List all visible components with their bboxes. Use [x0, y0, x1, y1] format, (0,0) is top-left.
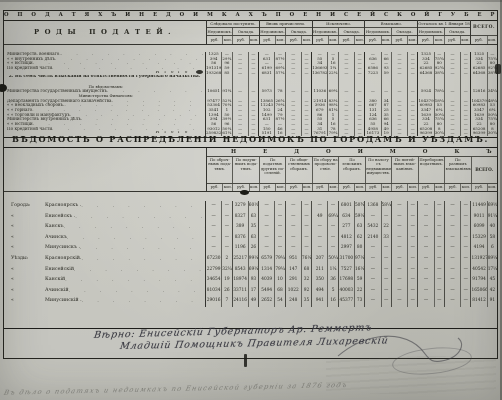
row-label: «Канскъ: [4, 222, 206, 233]
value-cell: 81034: [206, 286, 222, 297]
value-cell: —: [275, 222, 285, 233]
unit-label: руб.: [392, 36, 408, 44]
column-subheader: Недоимокъ.: [365, 28, 391, 35]
column-subheader: По податямъ другихъ по­селеній.: [260, 157, 286, 183]
value-cell: 634: [339, 212, 355, 223]
value-cell: 16¼: [355, 265, 365, 276]
row-values: ——327960½——————680150¾136858¼——————11449…: [206, 201, 497, 212]
value-cell: —: [392, 212, 408, 223]
value-cell: [471, 75, 487, 85]
value-cell: 29016: [206, 296, 222, 307]
table-row: «Енисейскъ .——832763————4969¼63459¼—————…: [4, 212, 497, 223]
value-cell: —: [445, 212, 461, 223]
unit-label: руб.: [207, 184, 223, 191]
table-taxes-stub-header: РОДЫ ПОДАТЕЙ.: [4, 20, 207, 44]
table-distribution-body: Города:Красноярскъ .——327960½——————68015…: [4, 192, 497, 307]
table-row: «Канскій34654191897493403910291323503617…: [4, 275, 497, 286]
unit-label: коп.: [329, 36, 339, 44]
value-cell: —: [392, 233, 408, 244]
value-cell: —: [408, 233, 418, 244]
value-cell: —: [445, 286, 461, 297]
value-cell: 2997: [339, 243, 355, 254]
value-cell: 40542: [471, 265, 487, 276]
column-group-label: Слѣдовало поступить.: [207, 20, 259, 28]
value-cell: —: [461, 265, 471, 276]
scan-edge-top: [0, 0, 502, 2]
value-cell: —: [259, 243, 275, 254]
value-cell: 26: [249, 243, 259, 254]
value-cell: 26: [222, 286, 232, 297]
value-cell: —: [275, 212, 285, 223]
value-cell: 350: [312, 275, 328, 286]
row-label: «Енисейскъ .: [4, 212, 206, 223]
value-cell: 22: [382, 222, 392, 233]
value-cell: [461, 75, 471, 85]
value-cell: [408, 75, 418, 85]
value-cell: 1314: [259, 265, 275, 276]
value-cell: 4039: [259, 275, 275, 286]
table-row: «Енисейскій2279932¼854369¼131479¼1476821…: [4, 265, 497, 276]
value-cell: —: [392, 265, 408, 276]
column-subheader: Оклада.: [233, 28, 258, 35]
value-cell: [312, 75, 328, 85]
table-taxes-body: Министерств. военнаго.1325——————————————…: [4, 45, 497, 136]
value-cell: 6099: [471, 222, 487, 233]
value-cell: 9011: [471, 212, 487, 223]
value-cell: —: [275, 233, 285, 244]
value-cell: 2140: [365, 233, 381, 244]
row-label: «Ачинскій: [4, 286, 206, 297]
value-cell: 79¼: [275, 254, 285, 265]
value-cell: —: [302, 222, 312, 233]
table-row: «Канскъ——38935——————27763543222——————609…: [4, 222, 497, 233]
unit-label: руб.: [313, 184, 329, 191]
unit-label: коп.: [355, 36, 364, 44]
value-cell: [355, 75, 365, 85]
value-cell: 49: [249, 296, 259, 307]
row-group-label: «: [11, 243, 45, 254]
value-cell: —: [418, 286, 434, 297]
unit-label: коп.: [329, 184, 339, 191]
column-group-total: ВСЕГО.руб.коп.: [471, 20, 497, 44]
row-label-text: Канскъ: [45, 222, 64, 233]
value-cell: [382, 75, 392, 85]
value-cell: 99¼: [249, 254, 259, 265]
scanned-document-page: О П О Д А Т Я Х Ъ И Н Е Д О И М К А Х Ъ …: [0, 0, 502, 400]
value-cell: —: [259, 201, 275, 212]
column-subheader: По налогу съ недвижимыхъ имуществъ.: [366, 157, 392, 183]
value-cell: 2652: [259, 296, 275, 307]
value-cell: 81412: [471, 296, 487, 307]
value-cell: 42: [488, 286, 497, 297]
value-cell: —: [435, 233, 445, 244]
value-cell: —: [445, 275, 461, 286]
value-cell: —: [392, 243, 408, 254]
value-cell: 93: [249, 275, 259, 286]
column-subheader: Недоимокъ.: [418, 28, 444, 35]
row-group-label: Уѣзды:: [11, 254, 45, 265]
leader-dots: [64, 222, 205, 233]
value-cell: 389: [233, 222, 249, 233]
value-cell: —: [312, 233, 328, 244]
value-cell: —: [312, 201, 328, 212]
table-row: «Ачинскъ——837663——————481262214033——————…: [4, 233, 497, 244]
value-cell: —: [206, 212, 222, 223]
value-cell: —: [222, 222, 232, 233]
value-cell: 33: [382, 233, 392, 244]
value-cell: 79¼: [275, 265, 285, 276]
value-cell: —: [275, 243, 285, 254]
unit-label: коп.: [223, 36, 233, 44]
value-cell: [339, 75, 355, 85]
table-distribution-header: НЕДОИМОКЪ По оброч­нымъ пода­тямъ.По под…: [4, 148, 497, 192]
value-cell: 35: [302, 296, 312, 307]
value-cell: 91: [488, 296, 497, 307]
value-cell: 54: [275, 296, 285, 307]
unit-label: коп.: [250, 184, 260, 191]
row-values: [206, 75, 497, 85]
value-cell: 80: [355, 243, 365, 254]
value-cell: —: [222, 243, 232, 254]
value-cell: 8327: [233, 212, 249, 223]
value-cell: 4812: [339, 233, 355, 244]
column-subheader: Недоимокъ.: [207, 28, 233, 35]
row-group-label: «: [11, 212, 45, 223]
value-cell: —: [392, 254, 408, 265]
value-cell: 17698: [339, 275, 355, 286]
value-cell: 58: [488, 233, 497, 244]
value-cell: 33711: [233, 286, 249, 297]
row-group-label: Города:: [11, 201, 45, 212]
ink-smudge: [240, 190, 249, 195]
ink-smudge: [244, 354, 247, 367]
unit-label: коп.: [223, 184, 233, 191]
value-cell: —: [328, 243, 338, 254]
value-cell: —: [408, 275, 418, 286]
value-cell: 147: [286, 265, 302, 276]
value-cell: —: [461, 212, 471, 223]
unit-label: руб.: [313, 36, 329, 44]
value-cell: —: [302, 233, 312, 244]
unit-label: руб.: [233, 36, 249, 44]
value-cell: —: [206, 243, 222, 254]
column-subheader: Недоимокъ.: [260, 28, 286, 35]
leader-dots: [74, 265, 205, 276]
value-cell: 40003: [339, 286, 355, 297]
row-values: 290167241164926525424835941164537773————…: [206, 296, 497, 307]
unit-label: руб.: [418, 36, 434, 44]
value-cell: —: [382, 212, 392, 223]
row-label-text: Красноярскъ .: [45, 201, 81, 212]
row-group-label: «: [11, 296, 45, 307]
unit-label: коп.: [276, 184, 286, 191]
value-cell: 15329: [471, 233, 487, 244]
table-distribution-units-row: руб.коп.руб.коп.руб.коп.руб.коп.руб.коп.…: [207, 184, 497, 191]
row-label-text: Енисейскій: [45, 265, 74, 276]
table-taxes-column-headers: Слѣдовало поступить.Недоимокъ.Оклада.руб…: [207, 20, 497, 44]
value-cell: 8376: [233, 233, 249, 244]
row-values: 8103426337111754946810229249454000322———…: [206, 286, 497, 297]
unit-label: руб.: [445, 184, 461, 191]
unit-label: коп.: [434, 36, 444, 44]
value-cell: —: [408, 243, 418, 254]
value-cell: —: [408, 296, 418, 307]
value-cell: [275, 75, 285, 85]
row-values: ——38935——————27763543222——————609940: [206, 222, 497, 233]
unit-label: коп.: [382, 36, 392, 44]
ink-smudge: [196, 70, 203, 74]
value-cell: 91¼: [488, 212, 497, 223]
table-row: «Ачинскій8103426337111754946810229249454…: [4, 286, 497, 297]
row-label: «Минусинскій .: [4, 296, 206, 307]
value-cell: [328, 75, 338, 85]
row-label-text: Красноярскій.: [45, 254, 81, 265]
column-group-label: Вновь причислено.: [260, 20, 312, 28]
value-cell: —: [445, 201, 461, 212]
value-cell: —: [312, 222, 328, 233]
value-cell: 34654: [206, 275, 222, 286]
value-cell: 32: [302, 275, 312, 286]
value-cell: 22: [355, 286, 365, 297]
column-subheader: Оклада.: [339, 28, 364, 35]
row-label-text: Енисейскъ .: [45, 212, 75, 223]
value-cell: —: [302, 201, 312, 212]
value-cell: —: [461, 286, 471, 297]
value-cell: 291: [286, 275, 302, 286]
unit-label: коп.: [303, 184, 313, 191]
row-values: ——832763————4969¼63459¼————————901191¼: [206, 212, 497, 223]
value-cell: 45377: [339, 296, 355, 307]
value-cell: —: [206, 222, 222, 233]
value-cell: 131927: [471, 254, 487, 265]
leader-dots: [75, 212, 205, 223]
row-label-text: Ачинскъ: [45, 233, 67, 244]
value-cell: —: [445, 243, 461, 254]
value-cell: 494: [312, 286, 328, 297]
column-subheader: По обще­ственнымъ сборамъ.: [286, 157, 312, 183]
unit-label: коп.: [408, 36, 417, 44]
row-label: 2. Въ семъ числѣ взысканій на отвѣтствен…: [4, 75, 206, 85]
unit-label: коп.: [461, 36, 470, 44]
table-distribution-title: ВѢДОМОСТЬ О РАСПРЕДѢЛЕНІИ НЕДОИМОКЪ ПО Г…: [4, 130, 497, 147]
leader-dots: [81, 201, 205, 212]
value-cell: —: [445, 233, 461, 244]
value-cell: 49: [312, 212, 328, 223]
column-subheader: По подуш­нымъ пода­тямъ.: [233, 157, 259, 183]
row-label-text: Канскій: [45, 275, 65, 286]
value-cell: —: [445, 222, 461, 233]
value-cell: 62: [355, 233, 365, 244]
value-cell: 89¼: [488, 254, 497, 265]
value-cell: [488, 75, 497, 85]
value-cell: —: [392, 286, 408, 297]
value-cell: —: [312, 243, 328, 254]
row-label-text: 2. Въ семъ числѣ взысканій на отвѣтствен…: [9, 75, 201, 85]
value-cell: —: [435, 275, 445, 286]
value-cell: —: [408, 265, 418, 276]
value-cell: 63: [355, 222, 365, 233]
value-cell: 1¼: [328, 265, 338, 276]
value-cell: —: [461, 222, 471, 233]
value-cell: 45: [488, 275, 497, 286]
value-cell: —: [408, 201, 418, 212]
row-label: «Ачинскъ: [4, 233, 206, 244]
value-cell: —: [445, 254, 461, 265]
value-cell: —: [259, 222, 275, 233]
value-cell: 36: [328, 275, 338, 286]
value-cell: [222, 75, 232, 85]
unit-label: коп.: [488, 36, 497, 44]
table-row: Уѣзды:Красноярскій.6723022521799¼657979¼…: [4, 254, 497, 265]
row-values: 3465419189749340391029132350361769859———…: [206, 275, 497, 286]
document-frame: О П О Д А Т Я Х Ъ И Н Е Д О И М К А Х Ъ …: [3, 10, 498, 359]
value-cell: 165066: [471, 286, 487, 297]
value-cell: [392, 75, 408, 85]
value-cell: —: [302, 243, 312, 254]
value-cell: —: [365, 243, 381, 254]
value-cell: —: [461, 233, 471, 244]
value-cell: —: [418, 243, 434, 254]
value-cell: —: [461, 201, 471, 212]
table-row: «Минусинскъ .——119626——————299780———————…: [4, 243, 497, 254]
unit-label: руб.: [286, 36, 302, 44]
unit-label: коп.: [382, 184, 392, 191]
value-cell: —: [286, 243, 302, 254]
row-group-label: «: [11, 275, 45, 286]
row-group-label: «: [11, 222, 45, 233]
value-cell: 63: [249, 212, 259, 223]
column-subheader: ВСЕГО.: [472, 157, 497, 183]
value-cell: 6579: [259, 254, 275, 265]
value-cell: 69¼: [328, 212, 338, 223]
value-cell: —: [382, 286, 392, 297]
unit-label: руб.: [260, 184, 276, 191]
unit-label: коп.: [302, 36, 311, 44]
unit-label: руб.: [445, 36, 461, 44]
unit-label: руб.: [472, 184, 488, 191]
value-cell: —: [365, 275, 381, 286]
value-cell: —: [392, 296, 408, 307]
column-group: Слѣдовало поступить.Недоимокъ.Оклада.руб…: [207, 20, 260, 44]
value-cell: 91794: [471, 275, 487, 286]
value-cell: 951: [286, 254, 302, 265]
value-cell: —: [222, 201, 232, 212]
value-cell: 1022: [286, 286, 302, 297]
table-distribution: НЕДОИМОКЪ По оброч­нымъ пода­тямъ.По под…: [4, 147, 497, 329]
leader-dots: [81, 254, 205, 265]
value-cell: [435, 75, 445, 85]
column-subheader: По разнымъ взысканіямъ.: [445, 157, 471, 183]
value-cell: —: [328, 222, 338, 233]
value-cell: 59¼: [355, 212, 365, 223]
value-cell: 3279: [233, 201, 249, 212]
leader-dots: [69, 286, 205, 297]
value-cell: —: [418, 201, 434, 212]
value-cell: 58¼: [382, 201, 392, 212]
value-cell: [259, 75, 275, 85]
value-cell: —: [435, 254, 445, 265]
value-cell: 76¼: [302, 254, 312, 265]
column-group: Вновь причислено.Недоимокъ.Оклада.руб.ко…: [260, 20, 313, 44]
value-cell: 1196: [233, 243, 249, 254]
column-subheader: Переборовъ податныхъ.: [419, 157, 445, 183]
value-cell: —: [302, 212, 312, 223]
value-cell: [445, 75, 461, 85]
row-values: 6723022521799¼657979¼95176¼20750¼3170097…: [206, 254, 497, 265]
column-group: Осталось къ 1 Января 1877 г.Недоимокъ.Ок…: [418, 20, 471, 44]
row-group-label: «: [11, 265, 45, 276]
column-subheader: Оклада.: [445, 28, 470, 35]
value-cell: [418, 75, 434, 85]
value-cell: —: [286, 201, 302, 212]
value-cell: 277: [339, 222, 355, 233]
column-group-label: Осталось къ 1 Января 1877 г.: [418, 20, 470, 28]
value-cell: —: [222, 233, 232, 244]
value-cell: 4194: [471, 243, 487, 254]
value-cell: 5: [328, 286, 338, 297]
value-cell: —: [435, 265, 445, 276]
value-cell: 60½: [249, 201, 259, 212]
unit-label: руб.: [365, 36, 381, 44]
value-cell: —: [435, 286, 445, 297]
value-cell: —: [328, 201, 338, 212]
value-cell: 63: [249, 233, 259, 244]
value-cell: 32¼: [222, 265, 232, 276]
unit-label: руб.: [339, 184, 355, 191]
unit-label: руб.: [339, 36, 355, 44]
value-cell: —: [418, 233, 434, 244]
row-label: «Минусинскъ .: [4, 243, 206, 254]
table-taxes: РОДЫ ПОДАТЕЙ. Слѣдовало поступить.Недоим…: [4, 20, 497, 138]
value-cell: 18974: [233, 275, 249, 286]
value-cell: —: [365, 296, 381, 307]
value-cell: —: [286, 233, 302, 244]
value-cell: —: [365, 265, 381, 276]
value-cell: —: [461, 275, 471, 286]
value-cell: 92: [302, 286, 312, 297]
table-row: 2. Въ семъ числѣ взысканій на отвѣтствен…: [4, 75, 497, 85]
value-cell: 68: [302, 265, 312, 276]
value-cell: 22799: [206, 265, 222, 276]
value-cell: 211: [312, 265, 328, 276]
value-cell: 19: [222, 275, 232, 286]
unit-label: коп.: [488, 184, 497, 191]
column-subheader: По земскимъ сборамъ.: [339, 157, 365, 183]
leader-dots: [65, 275, 205, 286]
value-cell: 8543: [233, 265, 249, 276]
value-cell: 35: [249, 222, 259, 233]
table-distribution-column-headers: НЕДОИМОКЪ По оброч­нымъ пода­тямъ.По под…: [207, 148, 497, 191]
value-cell: —: [445, 265, 461, 276]
column-group: Взыскано.Недоимокъ.Оклада.руб.коп.руб.ко…: [365, 20, 418, 44]
value-cell: 7: [222, 296, 232, 307]
unit-label: руб.: [471, 36, 487, 44]
row-label-text: Минусинскъ .: [45, 243, 80, 254]
ink-smudge: [495, 64, 501, 74]
column-group-label: Исключено.: [313, 20, 365, 28]
column-group: Исключено.Недоимокъ.Оклада.руб.коп.руб.к…: [313, 20, 366, 44]
value-cell: —: [435, 243, 445, 254]
value-cell: 17: [249, 286, 259, 297]
value-cell: —: [206, 233, 222, 244]
value-cell: —: [382, 296, 392, 307]
value-cell: 5432: [365, 222, 381, 233]
value-cell: 207: [312, 254, 328, 265]
value-cell: —: [408, 212, 418, 223]
value-cell: 59: [355, 275, 365, 286]
value-cell: 1368: [365, 201, 381, 212]
value-cell: 67230: [206, 254, 222, 265]
